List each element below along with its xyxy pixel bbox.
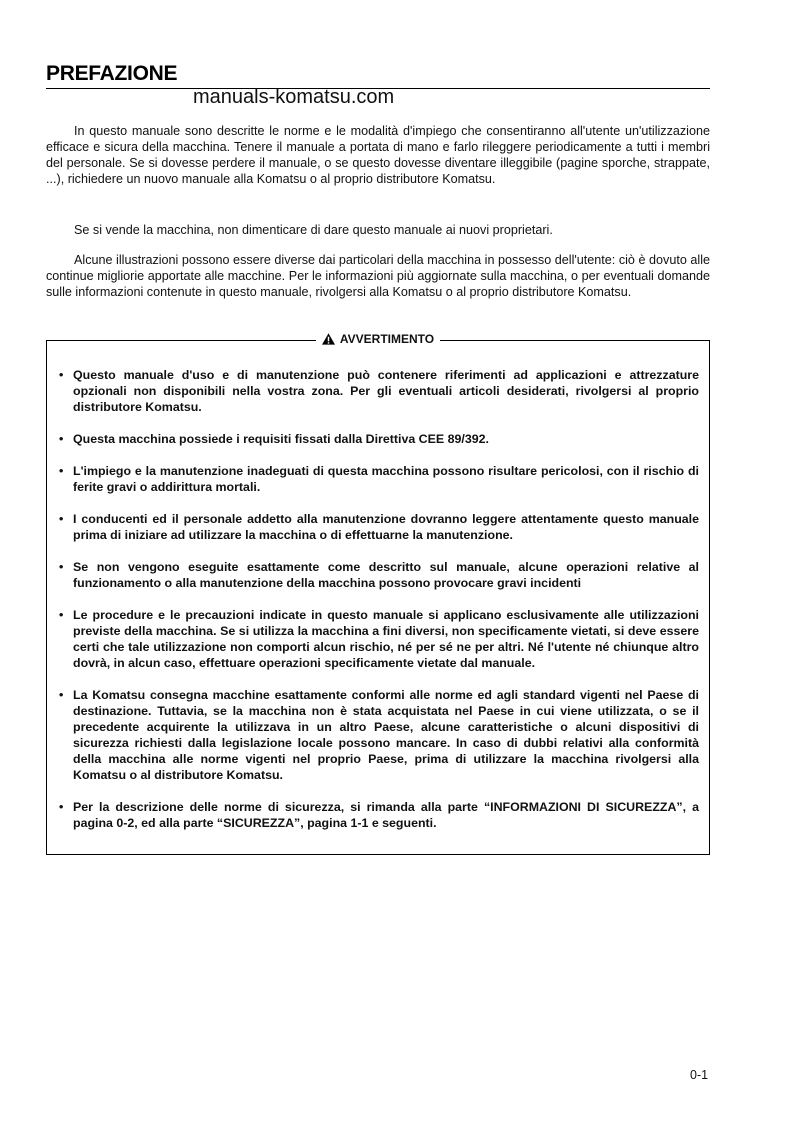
warning-item-text: Le procedure e le precauzioni indicate i…	[73, 608, 699, 670]
warning-item: •Per la descrizione delle norme di sicur…	[57, 799, 699, 831]
warning-item-text: Questa macchina possiede i requisiti fis…	[73, 432, 489, 446]
warning-item-text: Questo manuale d'uso e di manutenzione p…	[73, 368, 699, 414]
warning-box-title: AVVERTIMENTO	[340, 332, 434, 346]
page-title: PREFAZIONE	[46, 62, 177, 86]
warning-item: •Se non vengono eseguite esattamente com…	[57, 559, 699, 591]
intro-text-3: Alcune illustrazioni possono essere dive…	[46, 252, 710, 300]
bullet: •	[59, 559, 63, 575]
page-number: 0-1	[690, 1068, 708, 1082]
warning-list: •Questo manuale d'uso e di manutenzione …	[57, 367, 699, 847]
warning-item: •Questo manuale d'uso e di manutenzione …	[57, 367, 699, 415]
bullet: •	[59, 607, 63, 623]
intro-text-2: Se si vende la macchina, non dimenticare…	[46, 222, 710, 238]
bullet: •	[59, 463, 63, 479]
warning-item-text: Per la descrizione delle norme di sicure…	[73, 800, 699, 830]
intro-paragraph-1: In questo manuale sono descritte le norm…	[46, 123, 710, 187]
warning-item-text: I conducenti ed il personale addetto all…	[73, 512, 699, 542]
warning-item-text: Se non vengono eseguite esattamente come…	[73, 560, 699, 590]
warning-box: AVVERTIMENTO •Questo manuale d'uso e di …	[46, 340, 710, 855]
intro-paragraph-2: Se si vende la macchina, non dimenticare…	[46, 222, 710, 238]
bullet: •	[59, 687, 63, 703]
warning-item-text: L'impiego e la manutenzione inadeguati d…	[73, 464, 699, 494]
intro-paragraph-3: Alcune illustrazioni possono essere dive…	[46, 252, 710, 300]
warning-item: •Le procedure e le precauzioni indicate …	[57, 607, 699, 671]
intro-text-1: In questo manuale sono descritte le norm…	[46, 123, 710, 187]
warning-box-title-wrap: AVVERTIMENTO	[316, 332, 440, 346]
warning-item: •La Komatsu consegna macchine esattament…	[57, 687, 699, 783]
bullet: •	[59, 367, 63, 383]
warning-box-header: AVVERTIMENTO	[47, 332, 709, 350]
warning-item: •L'impiego e la manutenzione inadeguati …	[57, 463, 699, 495]
watermark: manuals-komatsu.com	[193, 86, 394, 109]
warning-item: •I conducenti ed il personale addetto al…	[57, 511, 699, 543]
warning-item-text: La Komatsu consegna macchine esattamente…	[73, 688, 699, 782]
bullet: •	[59, 431, 63, 447]
warning-item: •Questa macchina possiede i requisiti fi…	[57, 431, 699, 447]
bullet: •	[59, 799, 63, 815]
warning-triangle-icon	[322, 333, 335, 345]
bullet: •	[59, 511, 63, 527]
